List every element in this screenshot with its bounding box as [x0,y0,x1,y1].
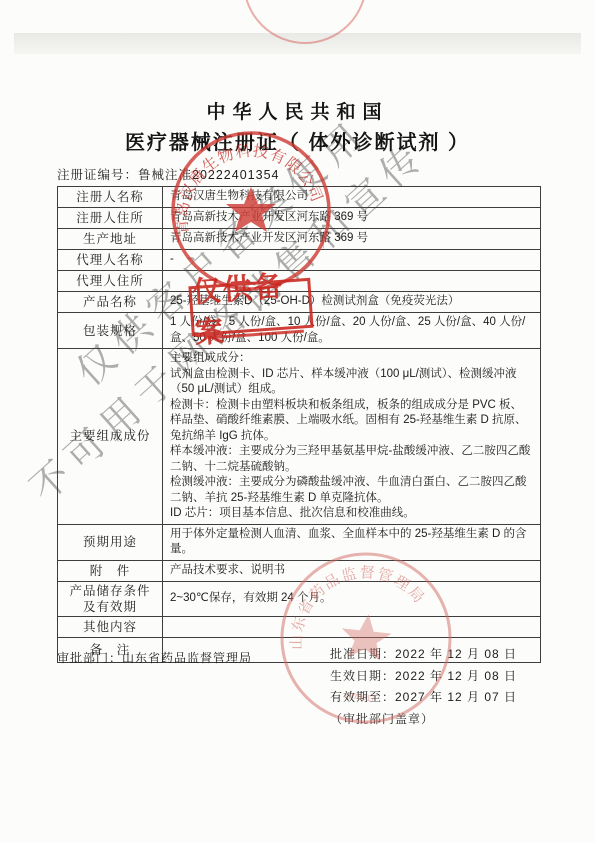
row-label: 包装规格 [58,313,163,349]
row-value: 主要组成成分： 试剂盒由检测卡、ID 芯片、样本缓冲液（100 μL/测试）、检… [163,349,541,525]
authority-seal-serial: 6275917 [344,691,376,703]
seal-star-icon [339,612,393,662]
row-label: 代理人名称 [58,250,163,271]
certificate-page: 仅供客户备案使用 不可用于网络销售和宣传 中华人民共和国 医疗器械注册证（ 体外… [0,0,595,842]
row-label: 其他内容 [58,616,163,637]
country-title: 中华人民共和国 [0,97,595,124]
row-label: 代理人住所 [58,271,163,292]
row-label: 注册人住所 [58,208,163,229]
seal-star-icon [226,187,276,232]
row-label: 注册人名称 [58,187,163,208]
row-label: 生产地址 [58,229,163,250]
row-label: 主要组成成份 [58,349,163,525]
approval-department: 审批部门：山东省药品监督管理局 [57,649,252,666]
authority-seal-stamp: 山东省药品监督管理局 6275917 [276,548,456,728]
row-label: 预期用途 [58,524,163,560]
row-label: 产品名称 [58,292,163,313]
row-label: 附 件 [58,560,163,581]
record-only-stamp: 仅供备案 [188,278,313,336]
row-label: 产品储存条件及有效期 [58,581,163,616]
table-row: 主要组成成份 主要组成成分： 试剂盒由检测卡、ID 芯片、样本缓冲液（100 μ… [58,349,541,525]
